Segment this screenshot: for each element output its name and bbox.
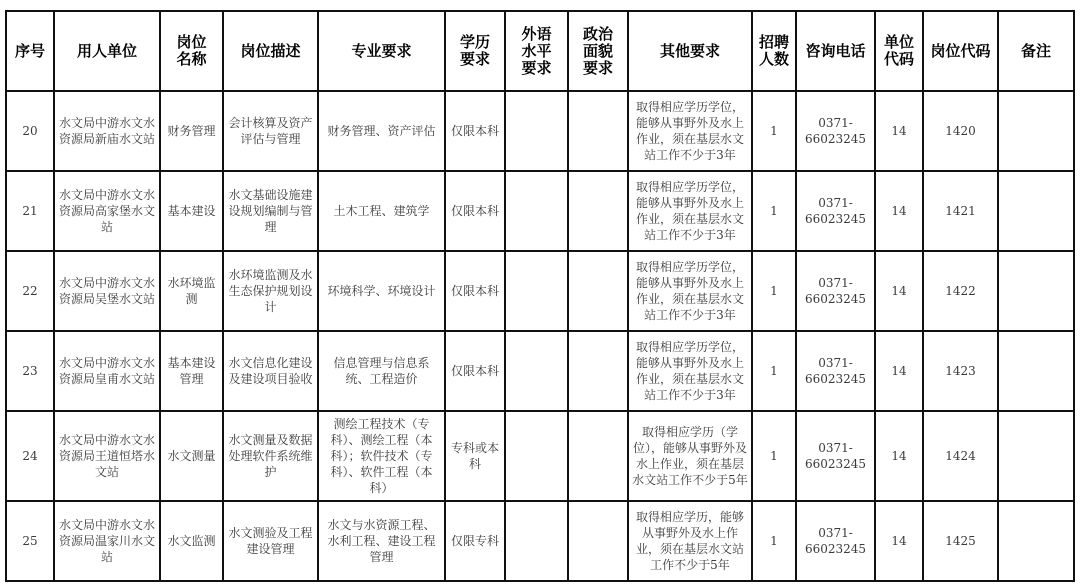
cell-remark <box>998 171 1074 251</box>
cell-phone: 0371- 66023245 <box>796 411 875 501</box>
cell-post-code: 1425 <box>923 501 998 581</box>
cell-major: 财务管理、资产评估 <box>318 91 445 171</box>
table-row: 25 水文局中游水文水资源局温家川水文站 水文监测 水文测验及工程建设管理 水文… <box>6 501 1074 581</box>
cell-description: 会计核算及资产评估与管理 <box>223 91 318 171</box>
cell-unit: 水文局中游水文水资源局新庙水文站 <box>54 91 160 171</box>
cell-phone: 0371- 66023245 <box>796 171 875 251</box>
cell-remark <box>998 501 1074 581</box>
cell-language <box>505 171 568 251</box>
cell-remark <box>998 331 1074 411</box>
cell-unit-code: 14 <box>875 171 923 251</box>
cell-count: 1 <box>752 411 796 501</box>
cell-position: 财务管理 <box>160 91 223 171</box>
cell-major: 水文与水资源工程、水利工程、建设工程管理 <box>318 501 445 581</box>
cell-post-code: 1424 <box>923 411 998 501</box>
cell-count: 1 <box>752 251 796 331</box>
header-row: 序号 用人单位 岗位 名称 岗位描述 专业要求 学历 要求 外语 水平 要求 政… <box>6 11 1074 91</box>
cell-unit: 水文局中游水文水资源局高家堡水文站 <box>54 171 160 251</box>
table-row: 22 水文局中游水文水资源局吴堡水文站 水环境监测 水环境监测及水生态保护规划设… <box>6 251 1074 331</box>
table-row: 21 水文局中游水文水资源局高家堡水文站 基本建设 水文基础设施建设规划编制与管… <box>6 171 1074 251</box>
header-remark: 备注 <box>998 11 1074 91</box>
cell-education: 仅限本科 <box>445 171 505 251</box>
cell-language <box>505 501 568 581</box>
cell-remark <box>998 91 1074 171</box>
cell-phone: 0371- 66023245 <box>796 251 875 331</box>
cell-unit: 水文局中游水文水资源局王道恒塔水文站 <box>54 411 160 501</box>
header-other: 其他要求 <box>628 11 752 91</box>
cell-description: 水文测验及工程建设管理 <box>223 501 318 581</box>
cell-education: 仅限专科 <box>445 501 505 581</box>
cell-language <box>505 331 568 411</box>
cell-post-code: 1422 <box>923 251 998 331</box>
cell-other: 取得相应学历（学位），能够从事野外及水上作业，须在基层水文站工作不少于5年 <box>628 411 752 501</box>
cell-count: 1 <box>752 501 796 581</box>
cell-unit: 水文局中游水文水资源局温家川水文站 <box>54 501 160 581</box>
cell-political <box>568 91 628 171</box>
cell-position: 基本建设 <box>160 171 223 251</box>
cell-remark <box>998 251 1074 331</box>
cell-unit: 水文局中游水文水资源局皇甫水文站 <box>54 331 160 411</box>
cell-position: 基本建设管理 <box>160 331 223 411</box>
cell-phone: 0371- 66023245 <box>796 331 875 411</box>
cell-description: 水文基础设施建设规划编制与管理 <box>223 171 318 251</box>
cell-political <box>568 411 628 501</box>
cell-unit-code: 14 <box>875 91 923 171</box>
cell-unit: 水文局中游水文水资源局吴堡水文站 <box>54 251 160 331</box>
table-row: 23 水文局中游水文水资源局皇甫水文站 基本建设管理 水文信息化建设及建设项目验… <box>6 331 1074 411</box>
header-education: 学历 要求 <box>445 11 505 91</box>
cell-other: 取得相应学历，能够从事野外及水上作业，须在基层水文站工作不少于5年 <box>628 501 752 581</box>
header-position: 岗位 名称 <box>160 11 223 91</box>
cell-seq: 24 <box>6 411 54 501</box>
cell-count: 1 <box>752 91 796 171</box>
cell-other: 取得相应学历学位，能够从事野外及水上作业，须在基层水文站工作不少于3年 <box>628 331 752 411</box>
cell-post-code: 1421 <box>923 171 998 251</box>
table-row: 20 水文局中游水文水资源局新庙水文站 财务管理 会计核算及资产评估与管理 财务… <box>6 91 1074 171</box>
header-post-code: 岗位代码 <box>923 11 998 91</box>
cell-description: 水文测量及数据处理软件系统维护 <box>223 411 318 501</box>
cell-count: 1 <box>752 171 796 251</box>
cell-post-code: 1420 <box>923 91 998 171</box>
header-unit: 用人单位 <box>54 11 160 91</box>
cell-position: 水环境监测 <box>160 251 223 331</box>
cell-phone: 0371- 66023245 <box>796 91 875 171</box>
header-phone: 咨询电话 <box>796 11 875 91</box>
cell-political <box>568 171 628 251</box>
header-major: 专业要求 <box>318 11 445 91</box>
cell-seq: 22 <box>6 251 54 331</box>
cell-education: 仅限本科 <box>445 331 505 411</box>
cell-major: 测绘工程技术（专科）、测绘工程（本科）；软件技术（专科）、软件工程（本科） <box>318 411 445 501</box>
cell-political <box>568 331 628 411</box>
cell-language <box>505 91 568 171</box>
cell-political <box>568 501 628 581</box>
cell-political <box>568 251 628 331</box>
cell-description: 水文信息化建设及建设项目验收 <box>223 331 318 411</box>
cell-major: 土木工程、建筑学 <box>318 171 445 251</box>
cell-language <box>505 411 568 501</box>
cell-education: 仅限本科 <box>445 91 505 171</box>
cell-major: 信息管理与信息系统、工程造价 <box>318 331 445 411</box>
cell-major: 环境科学、环境设计 <box>318 251 445 331</box>
header-description: 岗位描述 <box>223 11 318 91</box>
table-row: 24 水文局中游水文水资源局王道恒塔水文站 水文测量 水文测量及数据处理软件系统… <box>6 411 1074 501</box>
header-language: 外语 水平 要求 <box>505 11 568 91</box>
cell-unit-code: 14 <box>875 251 923 331</box>
cell-other: 取得相应学历学位，能够从事野外及水上作业，须在基层水文站工作不少于3年 <box>628 251 752 331</box>
header-unit-code: 单位 代码 <box>875 11 923 91</box>
cell-other: 取得相应学历学位，能够从事野外及水上作业，须在基层水文站工作不少于3年 <box>628 91 752 171</box>
cell-description: 水环境监测及水生态保护规划设计 <box>223 251 318 331</box>
header-political: 政治 面貌 要求 <box>568 11 628 91</box>
recruitment-table: 序号 用人单位 岗位 名称 岗位描述 专业要求 学历 要求 外语 水平 要求 政… <box>5 10 1075 582</box>
cell-seq: 23 <box>6 331 54 411</box>
cell-remark <box>998 411 1074 501</box>
cell-post-code: 1423 <box>923 331 998 411</box>
cell-unit-code: 14 <box>875 501 923 581</box>
cell-seq: 20 <box>6 91 54 171</box>
header-seq: 序号 <box>6 11 54 91</box>
cell-unit-code: 14 <box>875 331 923 411</box>
cell-education: 专科或本科 <box>445 411 505 501</box>
cell-other: 取得相应学历学位，能够从事野外及水上作业，须在基层水文站工作不少于3年 <box>628 171 752 251</box>
cell-position: 水文监测 <box>160 501 223 581</box>
cell-education: 仅限本科 <box>445 251 505 331</box>
cell-seq: 21 <box>6 171 54 251</box>
cell-phone: 0371- 66023245 <box>796 501 875 581</box>
cell-count: 1 <box>752 331 796 411</box>
cell-language <box>505 251 568 331</box>
header-count: 招聘 人数 <box>752 11 796 91</box>
cell-position: 水文测量 <box>160 411 223 501</box>
cell-seq: 25 <box>6 501 54 581</box>
cell-unit-code: 14 <box>875 411 923 501</box>
